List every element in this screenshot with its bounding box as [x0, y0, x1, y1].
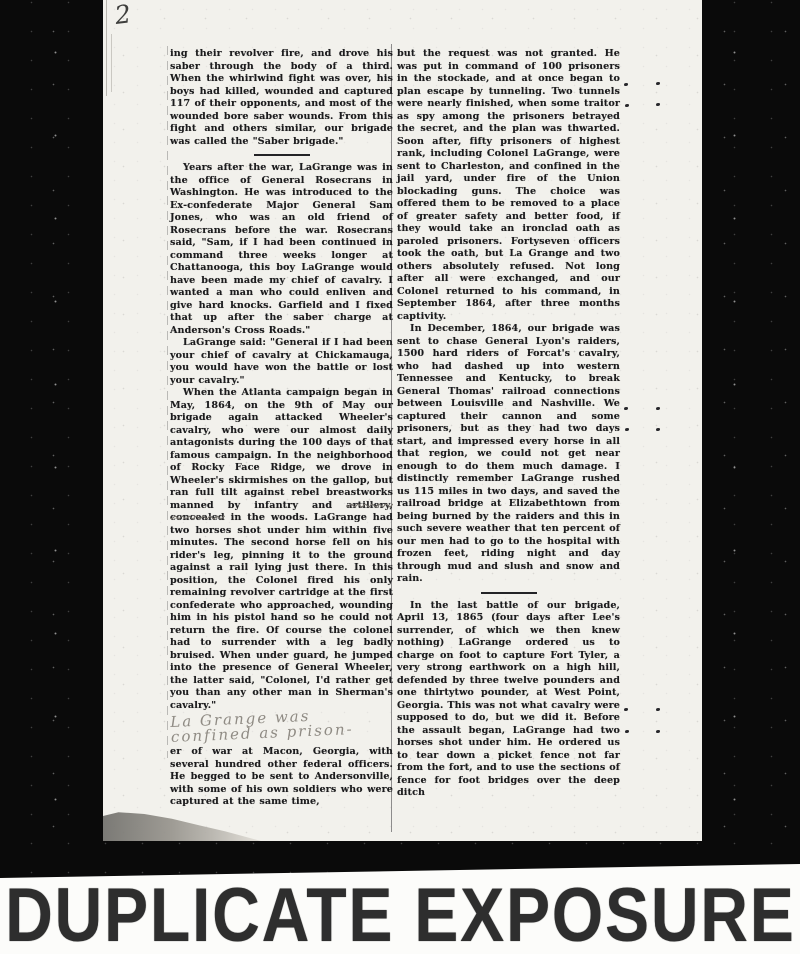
- pin-mark: [656, 407, 660, 410]
- paragraph: When the Atlanta campaign began in May, …: [170, 387, 393, 712]
- pin-mark: [625, 730, 629, 733]
- paragraph: Years after the war, LaGrange was in the…: [170, 162, 393, 337]
- article-column-right: but the request was not granted. He was …: [397, 48, 620, 800]
- paragraph-text: in the woods. LaGrange had two horses sh…: [170, 512, 393, 711]
- paper-smudge: [103, 811, 261, 841]
- section-divider: [170, 148, 393, 162]
- paragraph: In December, 1864, our brigade was sent …: [397, 323, 620, 586]
- pin-mark: [624, 708, 628, 711]
- pin-mark: [656, 82, 660, 85]
- page-number-annotation: 2: [113, 1, 133, 29]
- pin-mark: [625, 428, 629, 431]
- handwritten-note: La Grange was confined as prison-: [170, 705, 394, 745]
- paragraph: er of war at Macon, Georgia, with severa…: [170, 746, 393, 809]
- pin-mark: [656, 103, 660, 106]
- paragraph: ing their revolver fire, and drove his s…: [170, 48, 393, 148]
- paragraph: but the request was not granted. He was …: [397, 48, 620, 323]
- section-divider: [397, 586, 620, 600]
- paragraph: LaGrange said: "General if I had been yo…: [170, 337, 393, 387]
- crease-line: [106, 0, 107, 96]
- pin-mark: [625, 104, 629, 107]
- pin-mark: [656, 708, 660, 711]
- pin-mark: [624, 83, 628, 86]
- newspaper-clipping: 2 ing their revolver fire, and drove his…: [103, 0, 702, 841]
- article-column-left: ing their revolver fire, and drove his s…: [170, 48, 393, 809]
- paragraph: In the last battle of our brigade, April…: [397, 600, 620, 800]
- duplicate-exposure-stamp: DUPLICATE EXPOSURE: [5, 872, 796, 954]
- pin-mark: [656, 730, 660, 733]
- stamp-band: DUPLICATE EXPOSURE: [0, 876, 800, 954]
- left-margin-rule: [167, 46, 168, 758]
- photo-background: 2 ing their revolver fire, and drove his…: [0, 0, 800, 954]
- pin-mark: [624, 407, 628, 410]
- paragraph-text: When the Atlanta campaign began in May, …: [170, 387, 393, 511]
- pin-mark: [656, 428, 660, 431]
- crease-line: [111, 34, 112, 92]
